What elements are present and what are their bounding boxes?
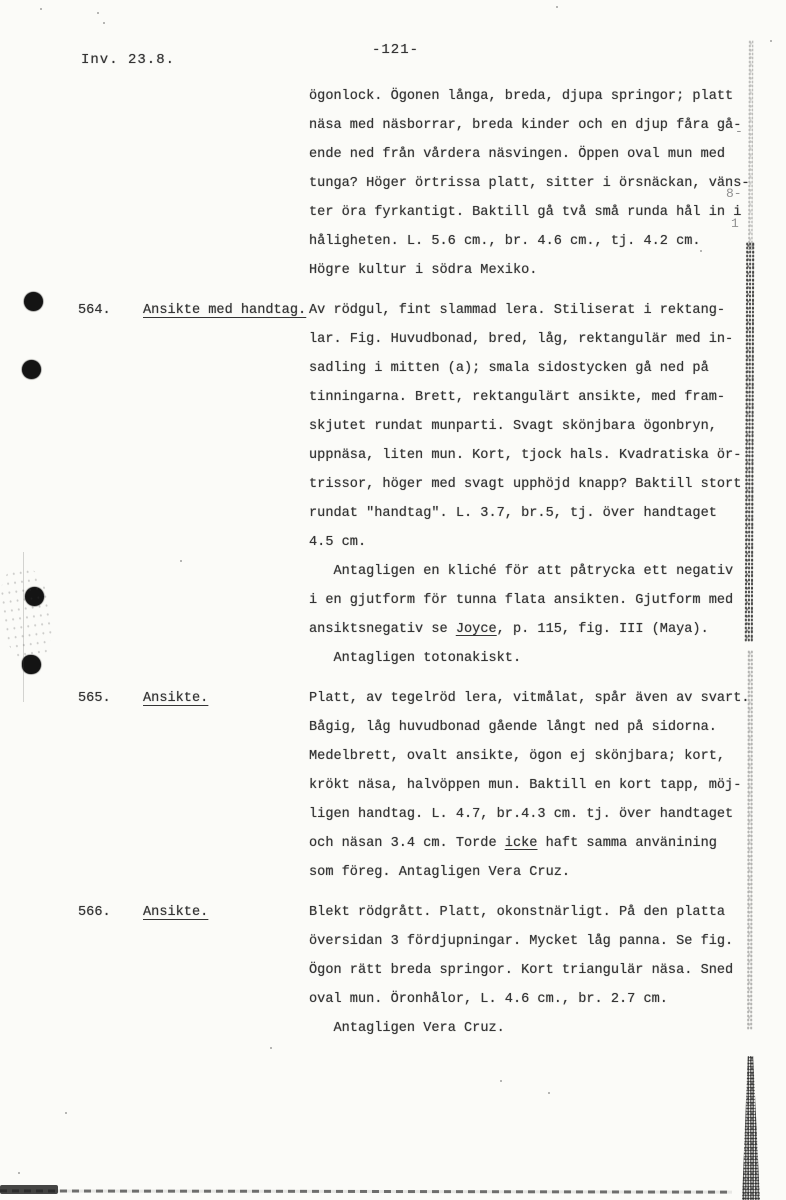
punch-hole-dot <box>22 360 41 379</box>
entry-number: 565. <box>78 684 111 713</box>
scan-speck <box>65 1112 67 1114</box>
text-line: oval mun. Öronhålor, L. 4.6 cm., br. 2.7… <box>309 985 771 1014</box>
text-line: rundat "handtag". L. 3.7, br.5, tj. över… <box>309 499 771 528</box>
text-line: ligen handtag. L. 4.7, br.4.3 cm. tj. öv… <box>309 800 771 829</box>
binding-edge-speckle <box>742 1056 760 1200</box>
text-line: Antagligen en kliché för att påtrycka et… <box>309 557 771 586</box>
text-segment: oval mun. Öronhålor, L. 4.6 cm., br. 2.7… <box>309 992 668 1007</box>
edge-bleed-mark: 1 <box>731 216 739 231</box>
text-segment: lar. Fig. Huvudbonad, bred, låg, rektang… <box>309 332 733 347</box>
text-segment: Ögon rätt breda springor. Kort triangulä… <box>309 963 733 978</box>
text-segment: trissor, höger med svagt upphöjd knapp? … <box>309 477 741 492</box>
text-segment: och näsan 3.4 cm. Torde <box>309 836 505 851</box>
text-line: skjutet rundat munparti. Svagt skönjbara… <box>309 412 771 441</box>
text-segment: håligheten. L. 5.6 cm., br. 4.6 cm., tj.… <box>309 234 701 249</box>
page-number: -121- <box>372 42 419 58</box>
text-line: ögonlock. Ögonen långa, breda, djupa spr… <box>309 82 771 111</box>
text-segment: 4.5 cm. <box>309 535 366 550</box>
text-line: lar. Fig. Huvudbonad, bred, låg, rektang… <box>309 325 771 354</box>
scan-speck <box>548 1092 550 1094</box>
scan-speck <box>103 22 105 24</box>
binding-edge-speckle <box>744 242 754 642</box>
text-segment: rundat "handtag". L. 3.7, br.5, tj. över… <box>309 506 717 521</box>
text-line: näsa med näsborrar, breda kinder och en … <box>309 111 771 140</box>
text-segment: tunga? Höger örtrissa platt, sitter i ör… <box>309 176 750 191</box>
text-segment: haft samma använining <box>537 836 716 851</box>
text-line: sadling i mitten (a); smala sidostycken … <box>309 354 771 383</box>
punch-hole-dot <box>24 292 43 311</box>
text-line: ter öra fyrkantigt. Baktill gå två små r… <box>309 198 771 227</box>
text-line: Högre kultur i södra Mexiko. <box>309 256 771 285</box>
scan-speck <box>18 1172 20 1174</box>
text-segment: tinningarna. Brett, rektangulärt ansikte… <box>309 390 725 405</box>
text-segment: Högre kultur i södra Mexiko. <box>309 263 537 278</box>
underlined-text: Joyce <box>456 622 497 637</box>
text-segment: näsa med näsborrar, breda kinder och en … <box>309 118 741 133</box>
text-line: krökt näsa, halvöppen mun. Baktill en ko… <box>309 771 771 800</box>
scan-speck <box>556 6 558 8</box>
text-segment: Antagligen totonakiskt. <box>309 651 521 666</box>
text-segment: som föreg. Antagligen Vera Cruz. <box>309 865 570 880</box>
text-segment: krökt näsa, halvöppen mun. Baktill en ko… <box>309 778 741 793</box>
text-line: tinningarna. Brett, rektangulärt ansikte… <box>309 383 771 412</box>
text-line: tunga? Höger örtrissa platt, sitter i ör… <box>309 169 771 198</box>
text-segment: i en gjutform för tunna flata ansikten. … <box>309 593 733 608</box>
text-line: som föreg. Antagligen Vera Cruz. <box>309 858 771 887</box>
text-segment: ter öra fyrkantigt. Baktill gå två små r… <box>309 205 741 220</box>
entry-block: ögonlock. Ögonen långa, breda, djupa spr… <box>0 82 786 285</box>
scan-speck <box>97 12 99 14</box>
entry-title: Ansikte med handtag. <box>143 296 306 325</box>
entry-body: Platt, av tegelröd lera, vitmålat, spår … <box>309 684 771 887</box>
entry-block: 565.Ansikte.Platt, av tegelröd lera, vit… <box>0 684 786 887</box>
text-line: Medelbrett, ovalt ansikte, ögon ej skönj… <box>309 742 771 771</box>
text-segment: uppnäsa, liten mun. Kort, tjock hals. Kv… <box>309 448 741 463</box>
text-line: Bågig, låg huvudbonad gående långt ned p… <box>309 713 771 742</box>
entry-block: 564.Ansikte med handtag.Av rödgul, fint … <box>0 296 786 673</box>
text-segment: Bågig, låg huvudbonad gående långt ned p… <box>309 720 717 735</box>
text-segment: skjutet rundat munparti. Svagt skönjbara… <box>309 419 717 434</box>
scan-bottom-edge <box>0 1189 732 1193</box>
text-line: Antagligen Vera Cruz. <box>309 1014 771 1043</box>
text-line: ende ned från vårdera näsvingen. Öppen o… <box>309 140 771 169</box>
text-segment: ansiktsnegativ se <box>309 622 456 637</box>
text-segment: sadling i mitten (a); smala sidostycken … <box>309 361 709 376</box>
text-line: ansiktsnegativ se Joyce, p. 115, fig. II… <box>309 615 771 644</box>
entry-body: Av rödgul, fint slammad lera. Stiliserat… <box>309 296 771 673</box>
text-segment: ligen handtag. L. 4.7, br.4.3 cm. tj. öv… <box>309 807 733 822</box>
text-segment: ende ned från vårdera näsvingen. Öppen o… <box>309 147 725 162</box>
document-page: -121- Inv. 23.8. ögonlock. Ögonen långa,… <box>0 0 786 1200</box>
edge-bleed-mark: 8- <box>726 186 742 201</box>
text-segment: översidan 3 fördjupningar. Mycket låg pa… <box>309 934 733 949</box>
text-line: trissor, höger med svagt upphöjd knapp? … <box>309 470 771 499</box>
text-line: Blekt rödgrått. Platt, okonstnärligt. På… <box>309 898 771 927</box>
entry-number: 564. <box>78 296 111 325</box>
text-line: uppnäsa, liten mun. Kort, tjock hals. Kv… <box>309 441 771 470</box>
entry-block: 566.Ansikte.Blekt rödgrått. Platt, okons… <box>0 898 786 1043</box>
text-segment: Blekt rödgrått. Platt, okonstnärligt. På… <box>309 905 725 920</box>
scan-speck <box>500 1080 502 1082</box>
text-segment: Platt, av tegelröd lera, vitmålat, spår … <box>309 691 750 706</box>
scan-speck <box>770 40 772 42</box>
entry-number: 566. <box>78 898 111 927</box>
scan-speck <box>700 250 702 252</box>
entry-body: ögonlock. Ögonen långa, breda, djupa spr… <box>309 82 771 285</box>
text-line: och näsan 3.4 cm. Torde icke haft samma … <box>309 829 771 858</box>
text-segment: , p. 115, fig. III (Maya). <box>497 622 709 637</box>
entry-body: Blekt rödgrått. Platt, okonstnärligt. På… <box>309 898 771 1043</box>
text-line: Antagligen totonakiskt. <box>309 644 771 673</box>
text-line: översidan 3 fördjupningar. Mycket låg pa… <box>309 927 771 956</box>
underlined-text: icke <box>505 836 538 851</box>
text-line: Av rödgul, fint slammad lera. Stiliserat… <box>309 296 771 325</box>
entry-title: Ansikte. <box>143 684 208 713</box>
text-line: Ögon rätt breda springor. Kort triangulä… <box>309 956 771 985</box>
text-line: i en gjutform för tunna flata ansikten. … <box>309 586 771 615</box>
text-line: 4.5 cm. <box>309 528 771 557</box>
text-segment: Av rödgul, fint slammad lera. Stiliserat… <box>309 303 725 318</box>
text-segment: ögonlock. Ögonen långa, breda, djupa spr… <box>309 89 733 104</box>
document-blocks: ögonlock. Ögonen långa, breda, djupa spr… <box>0 82 786 1043</box>
text-segment: Antagligen Vera Cruz. <box>309 1021 505 1036</box>
scan-speck <box>180 560 182 562</box>
inventory-label: Inv. 23.8. <box>81 52 175 68</box>
text-segment: Medelbrett, ovalt ansikte, ögon ej skönj… <box>309 749 725 764</box>
binding-edge-speckle <box>748 40 754 250</box>
entry-title: Ansikte. <box>143 898 208 927</box>
text-segment: Antagligen en kliché för att påtrycka et… <box>309 564 733 579</box>
text-line: Platt, av tegelröd lera, vitmålat, spår … <box>309 684 771 713</box>
scan-speck <box>270 1047 272 1049</box>
scan-speck <box>40 8 42 10</box>
edge-bleed-mark: - <box>735 124 743 139</box>
binding-edge-speckle <box>747 650 754 1030</box>
